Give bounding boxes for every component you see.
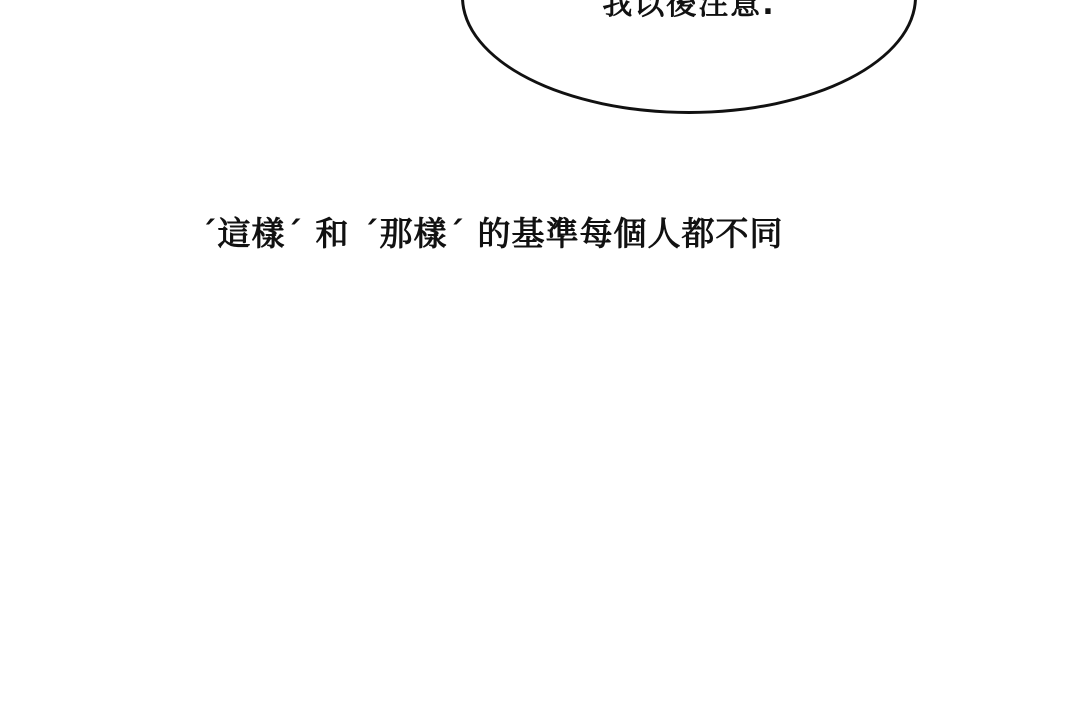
comic-panel: 我以後注意. ´這樣´ 和 ´那樣´ 的基準每個人都不同 bbox=[0, 0, 1080, 720]
narration-caption: ´這樣´ 和 ´那樣´ 的基準每個人都不同 bbox=[200, 211, 900, 257]
speech-bubble-text: 我以後注意. bbox=[464, 0, 914, 23]
speech-bubble: 我以後注意. bbox=[461, 0, 917, 114]
